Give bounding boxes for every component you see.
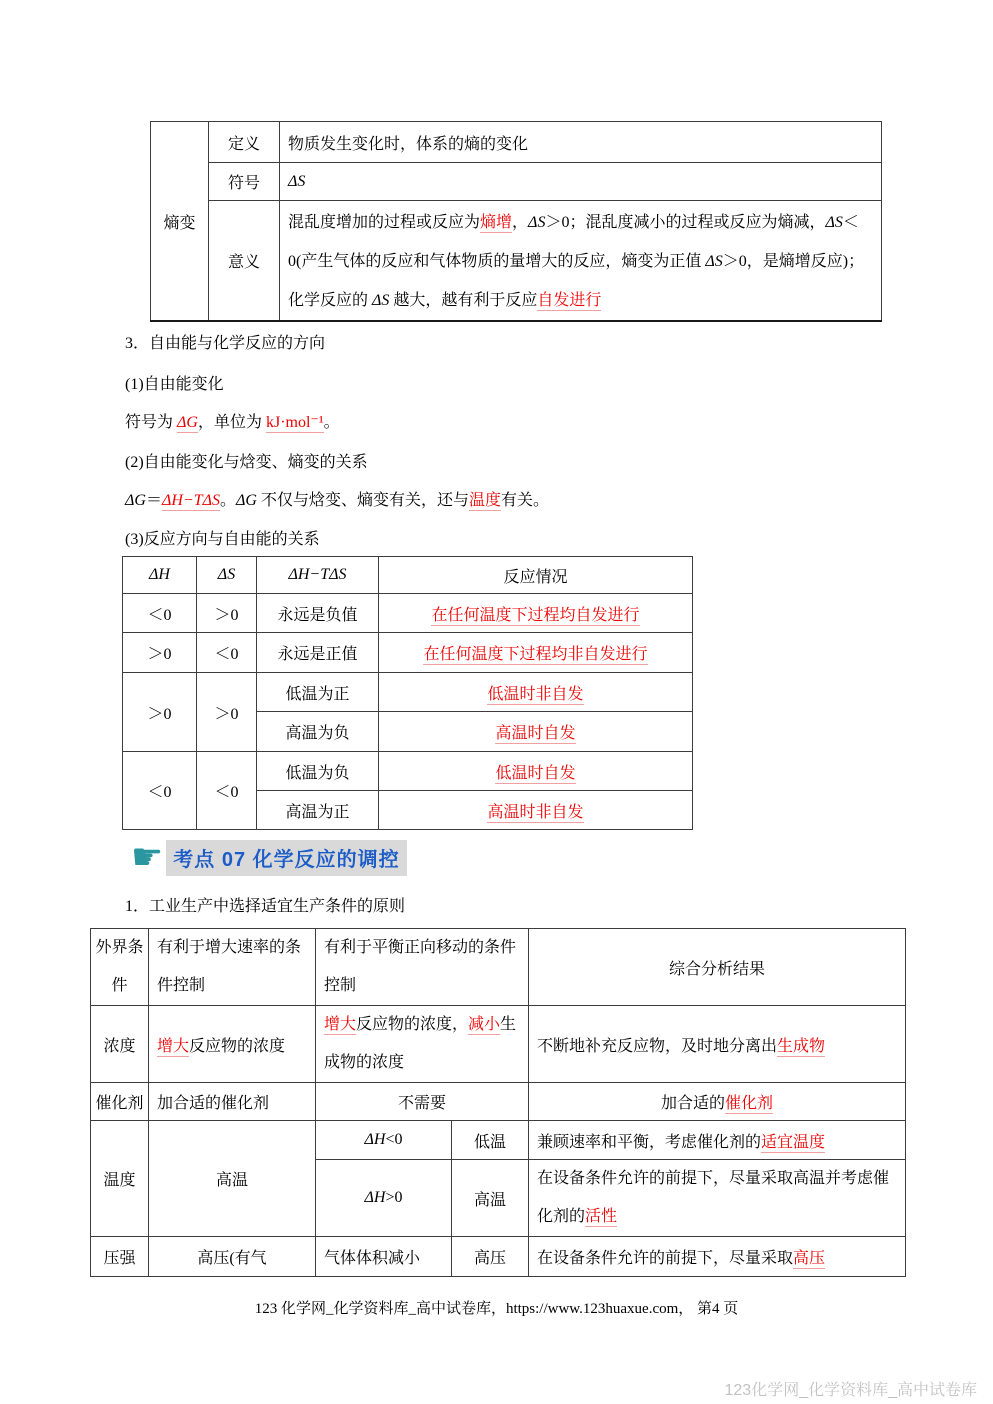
topic-heading-label: 考点 07 化学反应的调控 — [166, 840, 406, 876]
pointing-hand-icon: ☛ — [131, 842, 163, 874]
header-equilibrium-control: 有利于平衡正向移动的条件控制 — [316, 929, 529, 1006]
table-row: 浓度 增大反应物的浓度 增大反应物的浓度，减小生成物的浓度 不断地补充反应物，及… — [91, 1006, 906, 1083]
row-pressure-label: 压强 — [91, 1237, 149, 1277]
direction-table: ΔH ΔS ΔH−TΔS 反应情况 ＜0 ＞0 永远是负值 在任何温度下过程均自… — [122, 556, 693, 830]
section3-symbol-line: 符号为 ΔG，单位为 kJ·mol⁻¹。 — [125, 409, 340, 432]
cell: 加合适的催化剂 — [149, 1083, 316, 1121]
cell: ＜0 — [123, 752, 197, 830]
cell: 高压 — [452, 1237, 529, 1277]
section3-item3: (3)反应方向与自由能的关系 — [125, 526, 320, 549]
entropy-def-label: 定义 — [209, 122, 280, 163]
section3-item2: (2)自由能变化与焓变、熵变的关系 — [125, 449, 368, 472]
entropy-def-text: 物质发生变化时，体系的熵的变化 — [280, 122, 882, 163]
section1-title: 1．工业生产中选择适宜生产条件的原则 — [125, 893, 405, 916]
entropy-row-header: 熵变 — [151, 122, 209, 322]
header-delta-h: ΔH — [123, 557, 197, 594]
cell-result: 高温时非自发 — [379, 791, 693, 830]
section3-title: 3．自由能与化学反应的方向 — [125, 330, 325, 353]
entropy-mean-text: 混乱度增加的过程或反应为熵增，ΔS＞0；混乱度减小的过程或反应为熵减，ΔS＜0(… — [280, 201, 882, 322]
header-external-condition: 外界条件 — [91, 929, 149, 1006]
header-analysis-result: 综合分析结果 — [529, 929, 906, 1006]
cell: 气体体积减小 — [316, 1237, 452, 1277]
row-catalyst-label: 催化剂 — [91, 1083, 149, 1121]
cell: 高温为正 — [257, 791, 379, 830]
cell: ＞0 — [123, 673, 197, 752]
cell: 在设备条件允许的前提下，尽量采取高温并考虑催化剂的活性 — [529, 1160, 906, 1237]
cell: 高压(有气 — [149, 1237, 316, 1277]
cell: 不断地补充反应物，及时地分离出生成物 — [529, 1006, 906, 1083]
cell: 低温 — [452, 1121, 529, 1160]
header-rate-control: 有利于增大速率的条件控制 — [149, 929, 316, 1006]
table-row: 符号 ΔS — [151, 163, 882, 201]
header-delta-s: ΔS — [197, 557, 257, 594]
table-header-row: 外界条件 有利于增大速率的条件控制 有利于平衡正向移动的条件控制 综合分析结果 — [91, 929, 906, 1006]
entropy-sym-text: ΔS — [280, 163, 882, 201]
cell-result: 高温时自发 — [379, 712, 693, 752]
table-row: ＜0 ＜0 低温为负 低温时自发 — [123, 752, 693, 791]
cell: ＜0 — [197, 752, 257, 830]
cell: ＞0 — [197, 594, 257, 633]
cell: 在设备条件允许的前提下，尽量采取高压 — [529, 1237, 906, 1277]
header-dh-tds: ΔH−TΔS — [257, 557, 379, 594]
table-row: 熵变 定义 物质发生变化时，体系的熵的变化 — [151, 122, 882, 163]
cell: 高温为负 — [257, 712, 379, 752]
page-footer: 123 化学网_化学资料库_高中试卷库，https://www.123huaxu… — [0, 1297, 993, 1318]
section3-item1: (1)自由能变化 — [125, 371, 224, 394]
table-row: 催化剂 加合适的催化剂 不需要 加合适的催化剂 — [91, 1083, 906, 1121]
cell: 低温为负 — [257, 752, 379, 791]
cell-result: 在任何温度下过程均自发进行 — [379, 594, 693, 633]
watermark: 123化学网_化学资料库_高中试卷库 — [725, 1377, 978, 1400]
cell: 永远是负值 — [257, 594, 379, 633]
header-result: 反应情况 — [379, 557, 693, 594]
cell: 增大反应物的浓度，减小生成物的浓度 — [316, 1006, 529, 1083]
table-row: 意义 混乱度增加的过程或反应为熵增，ΔS＞0；混乱度减小的过程或反应为熵减，ΔS… — [151, 201, 882, 322]
cell-result: 低温时非自发 — [379, 673, 693, 712]
cell: ＞0 — [123, 633, 197, 673]
cell-result: 低温时自发 — [379, 752, 693, 791]
cell: 兼顾速率和平衡，考虑催化剂的适宜温度 — [529, 1121, 906, 1160]
cell: ＜0 — [123, 594, 197, 633]
cell: ΔH>0 — [316, 1160, 452, 1237]
cell: ΔH<0 — [316, 1121, 452, 1160]
table-row: ＜0 ＞0 永远是负值 在任何温度下过程均自发进行 — [123, 594, 693, 633]
table-row: ＞0 ＜0 永远是正值 在任何温度下过程均非自发进行 — [123, 633, 693, 673]
cell: 永远是正值 — [257, 633, 379, 673]
table-row: ＞0 ＞0 低温为正 低温时非自发 — [123, 673, 693, 712]
row-concentration-label: 浓度 — [91, 1006, 149, 1083]
cell: 低温为正 — [257, 673, 379, 712]
cell: ＜0 — [197, 633, 257, 673]
cell: 高温 — [149, 1121, 316, 1237]
entropy-mean-label: 意义 — [209, 201, 280, 322]
table-row: 温度 高温 ΔH<0 低温 兼顾速率和平衡，考虑催化剂的适宜温度 — [91, 1121, 906, 1160]
cell: 高温 — [452, 1160, 529, 1237]
document-page: 熵变 定义 物质发生变化时，体系的熵的变化 符号 ΔS 意义 混乱度增加的过程或… — [0, 0, 993, 1404]
cell: 不需要 — [316, 1083, 529, 1121]
entropy-sym-label: 符号 — [209, 163, 280, 201]
cell-result: 在任何温度下过程均非自发进行 — [379, 633, 693, 673]
table-row: 压强 高压(有气 气体体积减小 高压 在设备条件允许的前提下，尽量采取高压 — [91, 1237, 906, 1277]
table-header-row: ΔH ΔS ΔH−TΔS 反应情况 — [123, 557, 693, 594]
section3-formula-line: ΔG＝ΔH−TΔS。ΔG 不仅与焓变、熵变有关，还与温度有关。 — [125, 487, 549, 510]
entropy-table: 熵变 定义 物质发生变化时，体系的熵的变化 符号 ΔS 意义 混乱度增加的过程或… — [150, 121, 882, 322]
topic-heading: ☛ 考点 07 化学反应的调控 — [131, 840, 407, 876]
cell: ＞0 — [197, 673, 257, 752]
cell: 增大反应物的浓度 — [149, 1006, 316, 1083]
cell: 加合适的催化剂 — [529, 1083, 906, 1121]
row-temperature-label: 温度 — [91, 1121, 149, 1237]
conditions-table: 外界条件 有利于增大速率的条件控制 有利于平衡正向移动的条件控制 综合分析结果 … — [90, 928, 906, 1277]
